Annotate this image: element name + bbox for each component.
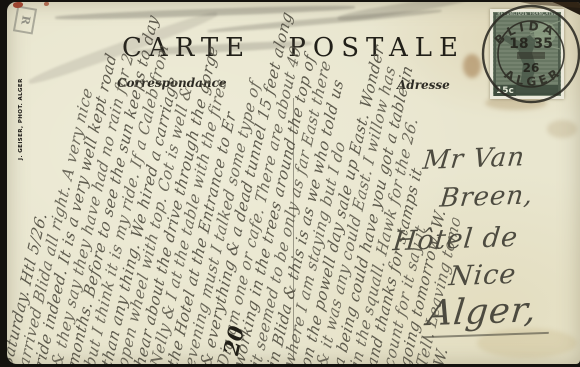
address-line: Hôtel de — [391, 222, 519, 257]
postmark-date: 26 — [523, 61, 540, 75]
address-line: Alger, — [423, 290, 553, 339]
postmark-cancel: BLIDA ALGER 18 35 26 — [473, 2, 580, 112]
address-line: Breen, — [438, 180, 534, 213]
postcard-scan: { "card": { "title": "CARTE POSTALE", "c… — [0, 0, 580, 367]
postcard-back: CARTE POSTALE Correspondance Adresse J. … — [7, 2, 580, 364]
postmark-time: 18 35 — [509, 36, 553, 52]
address-line: Mr Van — [421, 142, 526, 176]
address-line: Nice — [447, 259, 518, 292]
